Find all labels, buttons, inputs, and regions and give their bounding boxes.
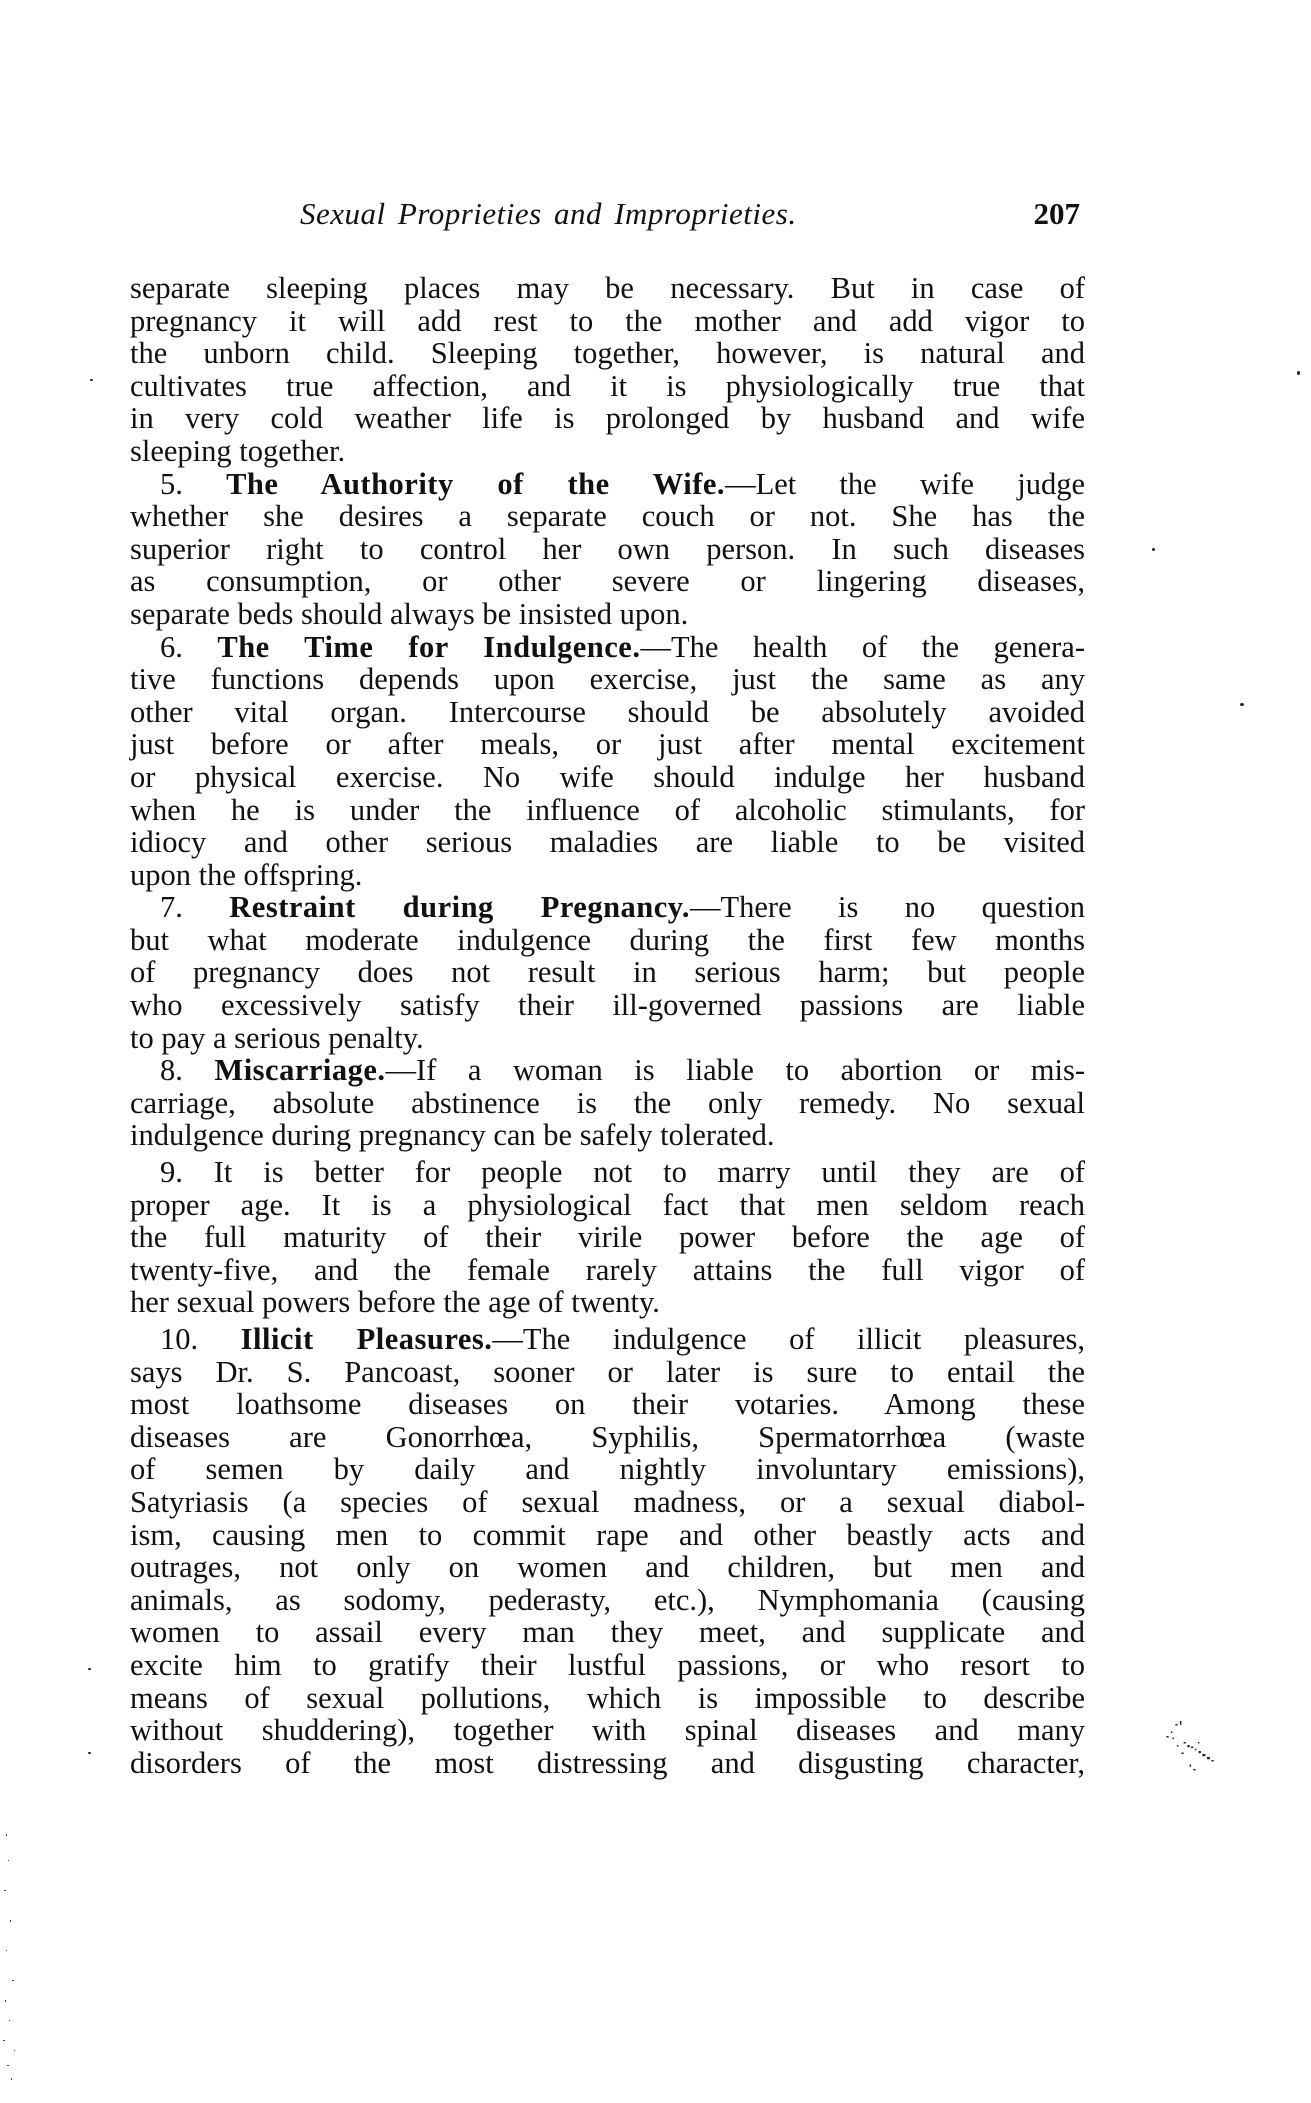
paragraph-number: 9. xyxy=(160,1155,183,1189)
text-line: twenty-five, and the female rarely attai… xyxy=(130,1254,1085,1287)
paragraph-7-restraint-during-pregnancy: 7. Restraint during Pregnancy.—There is … xyxy=(130,891,1085,1054)
text-line: means of sexual pollutions, which is imp… xyxy=(130,1682,1085,1715)
paragraph-lead-text: —Let the wife judge xyxy=(725,467,1085,501)
paragraph-lead-text: —If a woman is liable to abortion or mis… xyxy=(386,1053,1085,1087)
scan-speck xyxy=(1240,703,1244,706)
text-line: sleeping together. xyxy=(130,435,1085,468)
paragraph-lead-text: —The health of the genera- xyxy=(640,630,1085,664)
scan-noise-cluster xyxy=(1163,1715,1223,1775)
text-line: carriage, absolute abstinence is the onl… xyxy=(130,1087,1085,1120)
paragraph-first-line: 8. Miscarriage.—If a woman is liable to … xyxy=(130,1054,1085,1087)
text-line: other vital organ. Intercourse should be… xyxy=(130,696,1085,729)
text-line: the unborn child. Sleeping together, how… xyxy=(130,337,1085,370)
scan-speck xyxy=(1152,548,1155,551)
text-line: disorders of the most distressing and di… xyxy=(130,1747,1085,1780)
text-line: but what moderate indulgence during the … xyxy=(130,924,1085,957)
text-line: of semen by daily and nightly involuntar… xyxy=(130,1453,1085,1486)
text-line: in very cold weather life is prolonged b… xyxy=(130,402,1085,435)
text-line: her sexual powers before the age of twen… xyxy=(130,1286,1085,1319)
text-line: just before or after meals, or just afte… xyxy=(130,728,1085,761)
text-line: excite him to gratify their lustful pass… xyxy=(130,1649,1085,1682)
paragraph-heading: The Time for Indulgence. xyxy=(217,630,640,664)
paragraph-9-proper-age: 9. It is better for people not to marry … xyxy=(130,1156,1085,1319)
text-line: separate beds should always be insisted … xyxy=(130,598,1085,631)
text-line: indulgence during pregnancy can be safel… xyxy=(130,1119,1085,1152)
text-line: ism, causing men to commit rape and othe… xyxy=(130,1519,1085,1552)
page-number: 207 xyxy=(1034,196,1081,232)
text-line: without shuddering), together with spina… xyxy=(130,1714,1085,1747)
scan-speck xyxy=(88,1668,91,1670)
text-line: when he is under the influence of alcoho… xyxy=(130,794,1085,827)
paragraph-lead-text: It is better for people not to marry unt… xyxy=(214,1155,1085,1189)
text-line: as consumption, or other severe or linge… xyxy=(130,565,1085,598)
text-line: says Dr. S. Pancoast, sooner or later is… xyxy=(130,1356,1085,1389)
paragraph-6-time-for-indulgence: 6. The Time for Indulgence.—The health o… xyxy=(130,631,1085,892)
paragraph-first-line: 10. Illicit Pleasures.—The indulgence of… xyxy=(130,1323,1085,1356)
text-line: separate sleeping places may be necessar… xyxy=(130,272,1085,305)
text-line: most loathsome diseases on their votarie… xyxy=(130,1388,1085,1421)
paragraph-5-authority-of-wife: 5. The Authority of the Wife.—Let the wi… xyxy=(130,468,1085,631)
book-page: Sexual Proprieties and Improprieties. 20… xyxy=(0,0,1311,2103)
paragraph-heading: Restraint during Pregnancy. xyxy=(229,890,690,924)
text-line: the full maturity of their virile power … xyxy=(130,1221,1085,1254)
paragraph-lead-text: —There is no question xyxy=(690,890,1085,924)
scan-noise-margin xyxy=(0,1830,30,2090)
text-line: or physical exercise. No wife should ind… xyxy=(130,761,1085,794)
paragraph-number: 8. xyxy=(160,1053,183,1087)
text-line: cultivates true affection, and it is phy… xyxy=(130,370,1085,403)
text-line: who excessively satisfy their ill-govern… xyxy=(130,989,1085,1022)
paragraph-first-line: 9. It is better for people not to marry … xyxy=(130,1156,1085,1189)
text-line: superior right to control her own person… xyxy=(130,533,1085,566)
paragraph-first-line: 6. The Time for Indulgence.—The health o… xyxy=(130,631,1085,664)
paragraph-first-line: 5. The Authority of the Wife.—Let the wi… xyxy=(130,468,1085,501)
scan-speck xyxy=(1297,371,1300,375)
text-line: upon the offspring. xyxy=(130,859,1085,892)
text-line: Satyriasis (a species of sexual madness,… xyxy=(130,1486,1085,1519)
paragraph-number: 5. xyxy=(160,467,183,501)
body-text: separate sleeping places may be necessar… xyxy=(130,272,1085,1779)
paragraph-10-illicit-pleasures: 10. Illicit Pleasures.—The indulgence of… xyxy=(130,1323,1085,1779)
text-line: tive functions depends upon exercise, ju… xyxy=(130,663,1085,696)
paragraph-number: 6. xyxy=(160,630,183,664)
running-head: Sexual Proprieties and Improprieties. 20… xyxy=(300,196,1080,236)
text-line: women to assail every man they meet, and… xyxy=(130,1616,1085,1649)
text-line: proper age. It is a physiological fact t… xyxy=(130,1189,1085,1222)
running-title: Sexual Proprieties and Improprieties. xyxy=(300,196,797,232)
text-line: diseases are Gonorrhœa, Syphilis, Sperma… xyxy=(130,1421,1085,1454)
paragraph-lead-text: —The indulgence of illicit pleasures, xyxy=(492,1322,1085,1356)
text-line: outrages, not only on women and children… xyxy=(130,1551,1085,1584)
text-line: idiocy and other serious maladies are li… xyxy=(130,826,1085,859)
text-line: animals, as sodomy, pederasty, etc.), Ny… xyxy=(130,1584,1085,1617)
text-line: to pay a serious penalty. xyxy=(130,1022,1085,1055)
paragraph-heading: Illicit Pleasures. xyxy=(241,1322,493,1356)
paragraph-number: 7. xyxy=(160,890,183,924)
paragraph-heading: Miscarriage. xyxy=(214,1053,385,1087)
scan-speck xyxy=(90,379,93,381)
paragraph-number: 10. xyxy=(160,1322,198,1356)
text-line: pregnancy it will add rest to the mother… xyxy=(130,305,1085,338)
paragraph-8-miscarriage: 8. Miscarriage.—If a woman is liable to … xyxy=(130,1054,1085,1152)
paragraph-heading: The Authority of the Wife. xyxy=(226,467,725,501)
text-line: of pregnancy does not result in serious … xyxy=(130,956,1085,989)
text-line: whether she desires a separate couch or … xyxy=(130,500,1085,533)
scan-speck xyxy=(88,1752,91,1754)
paragraph-continuation: separate sleeping places may be necessar… xyxy=(130,272,1085,468)
paragraph-first-line: 7. Restraint during Pregnancy.—There is … xyxy=(130,891,1085,924)
